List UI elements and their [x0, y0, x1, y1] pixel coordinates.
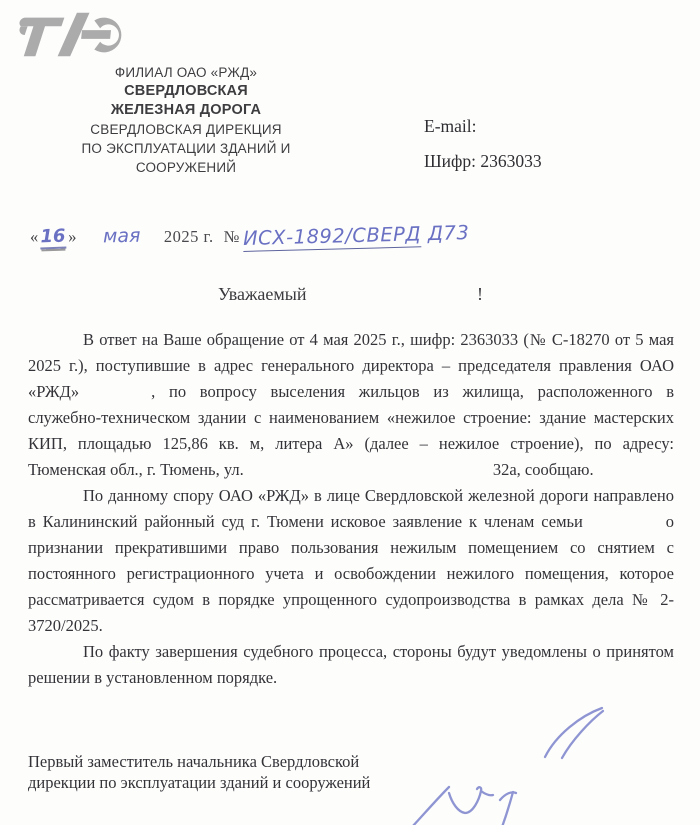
- letterhead: ФИЛИАЛ ОАО «РЖД» СВЕРДЛОВСКАЯ ЖЕЛЕЗНАЯ Д…: [50, 63, 322, 177]
- number-sign: №: [224, 227, 240, 246]
- body-paragraph-2: По данному спору ОАО «РЖД» в лице Свердл…: [28, 483, 674, 639]
- redacted-blank: [79, 396, 151, 397]
- open-quote: «: [30, 227, 38, 246]
- handwritten-doc-number: ИСХ-1892/СВЕРД Д73: [243, 221, 470, 250]
- signer-title: Первый заместитель начальника Свердловск…: [28, 751, 370, 793]
- close-quote: »: [68, 227, 76, 246]
- salutation-exclamation: !: [477, 284, 483, 305]
- letterhead-line: СООРУЖЕНИЙ: [50, 158, 322, 177]
- body-paragraph-1: В ответ на Ваше обращение от 4 мая 2025 …: [28, 327, 674, 483]
- printed-year: 2025 г.: [164, 227, 214, 246]
- cipher-value: Шифр: 2363033: [424, 151, 542, 172]
- paragraph-text: 32а, сообщаю.: [493, 460, 594, 479]
- scanned-letter-page: ФИЛИАЛ ОАО «РЖД» СВЕРДЛОВСКАЯ ЖЕЛЕЗНАЯ Д…: [0, 0, 700, 825]
- rzd-logo-icon: [16, 5, 134, 63]
- paragraph-text: По данному спору ОАО «РЖД» в лице Свердл…: [28, 486, 674, 531]
- salutation-text: Уважаемый: [218, 284, 307, 304]
- redacted-blank: [583, 526, 659, 527]
- handwritten-month: мая: [102, 225, 140, 248]
- letterhead-line: СВЕРДЛОВСКАЯ ДИРЕКЦИЯ: [50, 120, 322, 139]
- handwritten-day: 16: [40, 226, 67, 250]
- signer-title-line: Первый заместитель начальника Свердловск…: [28, 751, 370, 772]
- doc-number-suffix: Д73: [427, 221, 469, 245]
- letterhead-line: СВЕРДЛОВСКАЯ: [50, 82, 322, 101]
- contact-block: E-mail: Шифр: 2363033: [424, 116, 542, 172]
- email-label: E-mail:: [424, 116, 542, 137]
- letterhead-line: ПО ЭКСПЛУАТАЦИИ ЗДАНИЙ И: [50, 139, 322, 158]
- redacted-blank: [244, 474, 489, 475]
- paragraph-text: По факту завершения судебного процесса, …: [28, 642, 674, 687]
- letterhead-line: ЖЕЛЕЗНАЯ ДОРОГА: [50, 101, 322, 120]
- doc-number-main: ИСХ-1892/СВЕРД: [243, 222, 422, 252]
- letterhead-line: ФИЛИАЛ ОАО «РЖД»: [50, 63, 322, 82]
- letter-body: В ответ на Ваше обращение от 4 мая 2025 …: [28, 327, 674, 691]
- body-paragraph-3: По факту завершения судебного процесса, …: [28, 639, 674, 691]
- salutation: Уважаемый !: [218, 284, 307, 305]
- signer-title-line: дирекции по эксплуатации зданий и сооруж…: [28, 772, 370, 793]
- date-line: «16»мая2025 г.№ИСХ-1892/СВЕРД Д73: [30, 224, 670, 249]
